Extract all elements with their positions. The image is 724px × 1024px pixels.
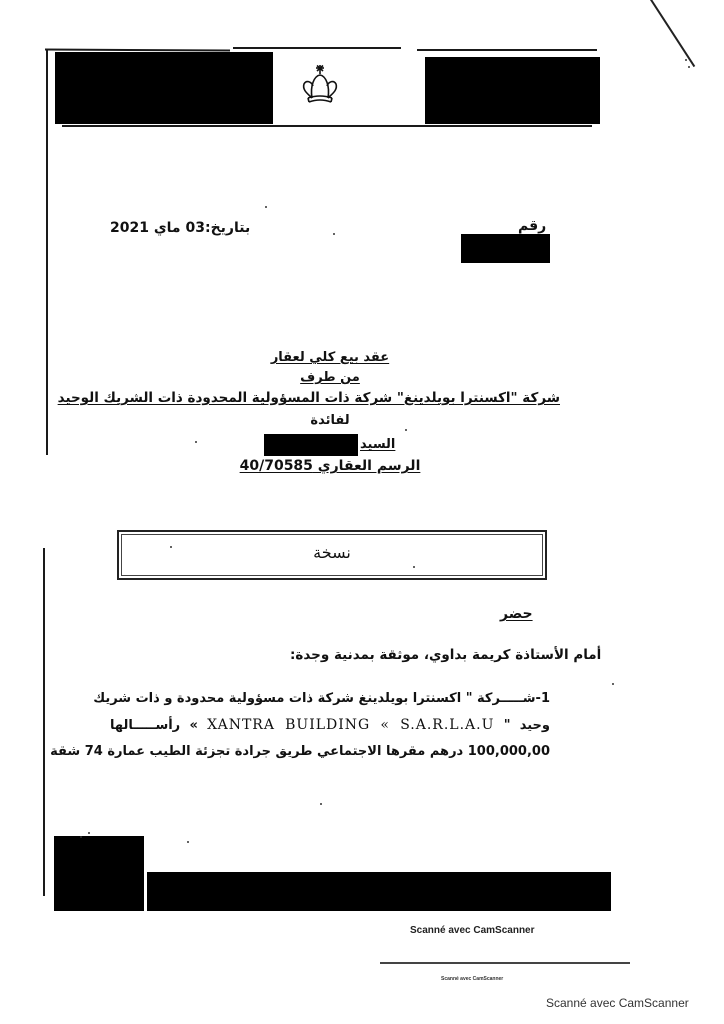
document-date: بتاريخ:03 ماي 2021 xyxy=(110,220,250,236)
scan-speck xyxy=(170,546,172,548)
top-border-line-middle xyxy=(233,47,401,49)
copy-label: نسخة xyxy=(119,543,545,562)
scan-speck xyxy=(265,206,267,208)
scan-speck xyxy=(195,441,197,443)
camscanner-watermark-inner: Scanné avec CamScanner xyxy=(410,925,535,936)
redacted-header-right xyxy=(425,57,600,124)
page-corner-fold-line xyxy=(650,0,695,67)
paragraph-line-2-ar-start: وحيد " xyxy=(504,718,550,733)
crown-icon xyxy=(298,62,342,110)
land-title-number: الرسم العقاري 40/70585 xyxy=(100,458,560,474)
scan-speck xyxy=(413,566,415,568)
redacted-document-number xyxy=(461,234,550,263)
redacted-footer-left xyxy=(54,836,144,911)
paragraph-line-2: وحيد " XANTRA BUILDING « S.A.R.L.A.U » ر… xyxy=(110,712,550,739)
camscanner-watermark-footer: Scanné avec CamScanner xyxy=(546,996,689,1010)
footer-line xyxy=(380,962,630,964)
scan-speck xyxy=(187,841,189,843)
scan-speck xyxy=(685,59,687,61)
section-heading-attended: حضر xyxy=(500,606,533,622)
scan-speck xyxy=(688,66,690,68)
party-one-paragraph: 1-شـــــركة " اكسنترا بويلدينغ شركة ذات … xyxy=(110,686,550,765)
left-margin-line-upper xyxy=(46,49,48,455)
company-latin-name: XANTRA BUILDING « S.A.R.L.A.U xyxy=(207,717,494,733)
scan-speck xyxy=(80,836,82,838)
scan-speck xyxy=(88,832,90,834)
paragraph-line-2-ar-end: » رأســـــالها xyxy=(110,718,198,733)
left-margin-line-lower xyxy=(43,548,45,896)
paragraph-line-1: 1-شـــــركة " اكسنترا بويلدينغ شركة ذات … xyxy=(110,686,550,712)
buyer-title-label: السيد xyxy=(360,437,395,452)
by-party-label: من طرف xyxy=(100,370,560,385)
copy-stamp-box: نسخة xyxy=(117,530,547,580)
redacted-header-left xyxy=(55,52,273,124)
for-benefit-label: لفائدة xyxy=(100,413,560,428)
redacted-buyer-name xyxy=(264,434,358,456)
redacted-footer-right xyxy=(147,872,611,911)
scan-speck xyxy=(320,803,322,805)
paragraph-line-3: 100,000,00 درهم مقرها الاجتماعي طريق جرا… xyxy=(110,739,550,765)
seller-company-line: شركة "اكسنترا بويلدينغ" شركة ذات المسؤول… xyxy=(100,390,560,406)
camscanner-watermark-tiny: Scanné avec CamScanner xyxy=(441,976,503,982)
scan-speck xyxy=(333,233,335,235)
scan-speck xyxy=(405,429,407,431)
notary-line: أمام الأستاذة كريمة بداوي، موثقة بمدنية … xyxy=(290,647,601,663)
top-border-line-right xyxy=(417,49,597,51)
scan-speck xyxy=(612,683,614,685)
header-bottom-line xyxy=(62,125,592,127)
contract-title: عقد بيع كلي لعقار xyxy=(100,350,560,365)
document-number-label: رقم xyxy=(518,218,546,234)
